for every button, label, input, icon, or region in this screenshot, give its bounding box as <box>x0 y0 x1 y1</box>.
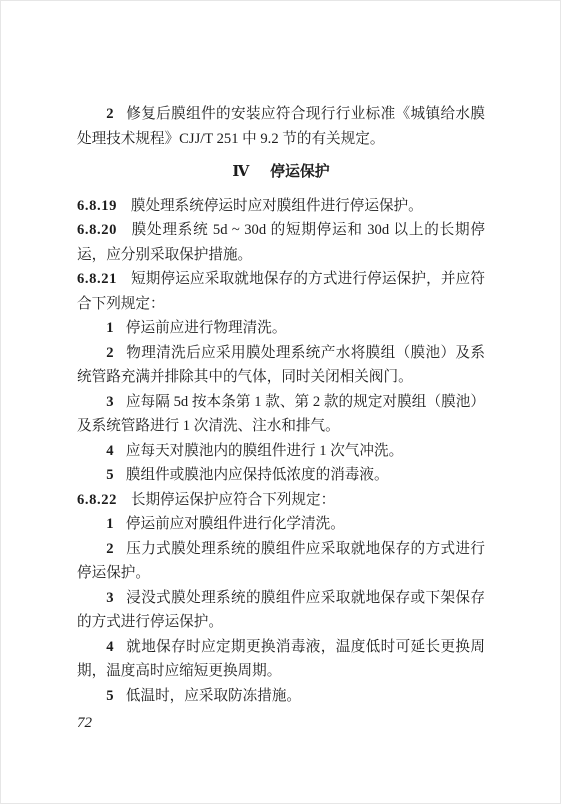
paragraph-text: 修复后膜组件的安装应符合现行行业标准《城镇给水膜处理技术规程》CJJ/T 251… <box>77 106 485 147</box>
list-item: 3浸没式膜处理系统的膜组件应采取就地保存或下架保存的方式进行停运保护。 <box>77 586 485 635</box>
clause-paragraph: 6.8.22长期停运保护应符合下列规定： <box>77 488 485 513</box>
item-number: 1 <box>106 320 126 336</box>
clause-number: 6.8.20 <box>77 222 131 238</box>
clause-paragraph: 6.8.19膜处理系统停运时应对膜组件进行停运保护。 <box>77 194 485 219</box>
item-number: 3 <box>106 590 126 606</box>
list-item: 5膜组件或膜池内应保持低浓度的消毒液。 <box>77 463 485 488</box>
item-number: 2 <box>106 541 126 557</box>
item-number: 2 <box>106 345 126 361</box>
item-text: 停运前应进行物理清洗。 <box>126 320 287 336</box>
item-number: 5 <box>106 467 126 483</box>
clause-number: 6.8.21 <box>77 271 131 287</box>
page-body: 2修复后膜组件的安装应符合现行行业标准《城镇给水膜处理技术规程》CJJ/T 25… <box>77 102 485 708</box>
list-item: 1停运前应进行物理清洗。 <box>77 316 485 341</box>
list-item: 3应每隔 5d 按本条第 1 款、第 2 款的规定对膜组（膜池）及系统管路进行 … <box>77 390 485 439</box>
list-item: 5低温时，应采取防冻措施。 <box>77 684 485 709</box>
item-text: 低温时，应采取防冻措施。 <box>126 688 301 704</box>
list-item: 4就地保存时应定期更换消毒液，温度低时可延长更换周期，温度高时应缩短更换周期。 <box>77 635 485 684</box>
clause-text: 长期停运保护应符合下列规定： <box>131 492 335 508</box>
item-number: 4 <box>106 443 126 459</box>
item-text: 应每天对膜池内的膜组件进行 1 次气冲洗。 <box>126 443 403 459</box>
clause-text: 膜处理系统停运时应对膜组件进行停运保护。 <box>131 198 423 214</box>
item-text: 就地保存时应定期更换消毒液，温度低时可延长更换周期，温度高时应缩短更换周期。 <box>77 639 485 680</box>
numbered-paragraph: 2修复后膜组件的安装应符合现行行业标准《城镇给水膜处理技术规程》CJJ/T 25… <box>77 102 485 151</box>
clause-text: 短期停运应采取就地保存的方式进行停运保护，并应符合下列规定： <box>77 271 485 312</box>
clause-paragraph: 6.8.20膜处理系统 5d ~ 30d 的短期停运和 30d 以上的长期停运，… <box>77 218 485 267</box>
item-number: 3 <box>106 394 126 410</box>
list-item: 1停运前应对膜组件进行化学清洗。 <box>77 512 485 537</box>
clause-paragraph: 6.8.21短期停运应采取就地保存的方式进行停运保护，并应符合下列规定： <box>77 267 485 316</box>
item-text: 浸没式膜处理系统的膜组件应采取就地保存或下架保存的方式进行停运保护。 <box>77 590 485 631</box>
list-item: 4应每天对膜池内的膜组件进行 1 次气冲洗。 <box>77 439 485 464</box>
clause-text: 膜处理系统 5d ~ 30d 的短期停运和 30d 以上的长期停运，应分别采取保… <box>77 222 485 263</box>
clause-number: 6.8.19 <box>77 198 131 214</box>
section-title: 停运保护 <box>270 164 330 180</box>
section-heading: Ⅳ停运保护 <box>77 160 485 185</box>
item-number: 1 <box>106 516 126 532</box>
list-item: 2物理清洗后应采用膜处理系统产水将膜组（膜池）及系统管路充满并排除其中的气体，同… <box>77 341 485 390</box>
list-item: 2压力式膜处理系统的膜组件应采取就地保存的方式进行停运保护。 <box>77 537 485 586</box>
item-number: 5 <box>106 688 126 704</box>
item-text: 物理清洗后应采用膜处理系统产水将膜组（膜池）及系统管路充满并排除其中的气体，同时… <box>77 345 485 386</box>
item-number: 4 <box>106 639 126 655</box>
item-text: 压力式膜处理系统的膜组件应采取就地保存的方式进行停运保护。 <box>77 541 485 582</box>
clause-number: 6.8.22 <box>77 492 131 508</box>
section-number: Ⅳ <box>232 164 270 180</box>
item-text: 膜组件或膜池内应保持低浓度的消毒液。 <box>126 467 389 483</box>
page-number: 72 <box>77 711 485 736</box>
item-number: 2 <box>106 106 126 122</box>
item-text: 停运前应对膜组件进行化学清洗。 <box>126 516 345 532</box>
item-text: 应每隔 5d 按本条第 1 款、第 2 款的规定对膜组（膜池）及系统管路进行 1… <box>77 394 485 435</box>
document-page: 2修复后膜组件的安装应符合现行行业标准《城镇给水膜处理技术规程》CJJ/T 25… <box>0 0 561 804</box>
